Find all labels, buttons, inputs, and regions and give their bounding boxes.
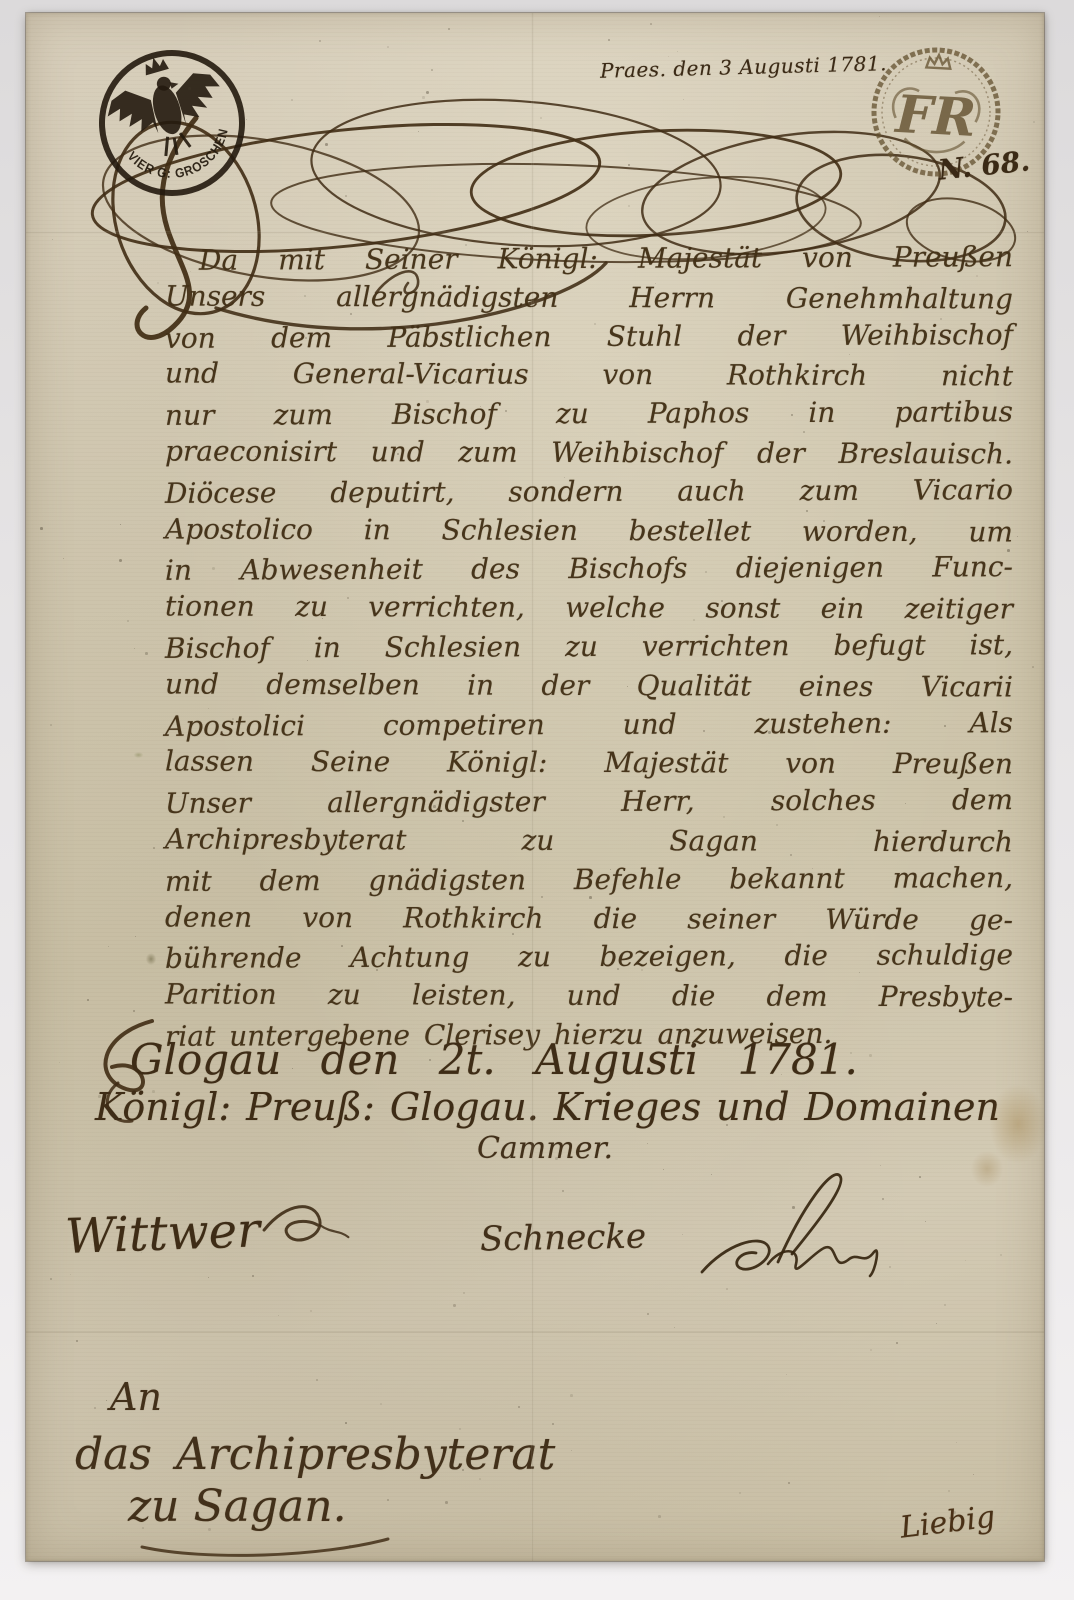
paper-speckle — [641, 969, 643, 971]
paper-speckle — [589, 896, 592, 899]
paper-speckle — [465, 244, 467, 246]
paper-speckle — [792, 1206, 795, 1209]
paper-speckle — [426, 91, 429, 94]
paper-speckle — [50, 724, 52, 726]
paper-speckle — [949, 1517, 951, 1519]
paper-speckle — [307, 660, 308, 661]
paper-speckle — [870, 1349, 872, 1351]
paper-speckle — [879, 526, 880, 527]
paper-speckle — [328, 378, 330, 380]
paper-speckle — [376, 969, 378, 971]
paper-speckle — [714, 531, 717, 534]
paper-speckle — [135, 936, 136, 937]
paper-speckle — [212, 567, 215, 570]
paper-speckle — [462, 820, 464, 822]
paper-speckle — [252, 1275, 254, 1277]
paper-speckle — [889, 1266, 891, 1268]
paper-speckle — [739, 1492, 741, 1494]
paper-speckle — [319, 40, 321, 42]
paper-speckle — [94, 1407, 96, 1409]
paper-speckle — [776, 824, 778, 826]
paper-speckle — [459, 1428, 461, 1430]
paper-speckle — [723, 816, 725, 818]
paper-speckle — [956, 1442, 957, 1443]
paper-speckle — [859, 972, 860, 973]
paper-speckle — [658, 1515, 661, 1518]
paper-speckle — [63, 558, 64, 559]
paper-speckle — [905, 803, 906, 804]
paper-speckle — [1004, 405, 1005, 406]
paper-speckle — [882, 1198, 884, 1200]
paper-speckle — [564, 477, 565, 478]
paper-speckle — [940, 318, 942, 320]
paper-speckle — [418, 131, 419, 132]
paper-speckle — [948, 1490, 950, 1492]
paper-speckle — [693, 619, 695, 621]
paper-speckle — [181, 1457, 182, 1458]
paper-speckle — [791, 414, 793, 416]
paper-speckle — [52, 239, 53, 240]
paper-speckle — [255, 456, 256, 457]
paper-speckle — [145, 652, 148, 655]
paper-speckle — [448, 28, 450, 30]
paper-speckle — [518, 1406, 520, 1408]
paper-speckle — [273, 1050, 276, 1053]
paper-speckle — [849, 354, 850, 355]
paper-speckle — [307, 689, 309, 691]
paper-speckle — [711, 1174, 712, 1175]
paper-speckle — [781, 1074, 782, 1075]
paper-speckle — [944, 1304, 946, 1306]
paper-speckle — [1017, 536, 1018, 537]
paper-speckle — [316, 1379, 318, 1381]
paper-speckle — [552, 1423, 554, 1425]
paper-speckle — [541, 896, 543, 898]
paper-speckle — [108, 946, 109, 947]
paper-speckle — [347, 597, 349, 599]
paper-speckle — [325, 143, 328, 146]
paper-speckle — [562, 1190, 564, 1192]
paper-speckle — [925, 1221, 926, 1222]
paper-speckle — [647, 1143, 648, 1144]
paper-speckle — [965, 1260, 966, 1261]
paper-speckle — [655, 283, 656, 284]
paper-speckle — [705, 571, 707, 573]
paper-speckle — [668, 56, 669, 57]
paper-speckle — [76, 1340, 78, 1342]
paper-speckle — [70, 1274, 71, 1275]
paper-speckle — [349, 1545, 351, 1547]
paper-speckle — [683, 99, 684, 100]
paper-speckle — [608, 39, 610, 41]
paper-speckle — [429, 1059, 431, 1061]
paper-speckle — [462, 1469, 464, 1471]
paper-speckle — [869, 1054, 872, 1057]
paper-speckle — [127, 620, 129, 622]
paper-texture-speckles — [26, 13, 1044, 1561]
paper-speckle — [463, 1292, 465, 1294]
paper-speckle — [397, 453, 399, 455]
paper-speckle — [790, 854, 792, 856]
paper-speckle — [703, 730, 705, 732]
paper-speckle — [40, 527, 43, 530]
paper-speckle — [663, 1169, 664, 1170]
paper-speckle — [944, 725, 946, 727]
paper-speckle — [936, 1323, 937, 1324]
paper-speckle — [522, 959, 524, 961]
paper-speckle — [993, 461, 994, 462]
paper-speckle — [721, 600, 723, 602]
paper-speckle — [188, 87, 191, 90]
paper-speckle — [682, 1234, 683, 1235]
paper-speckle — [647, 1313, 649, 1315]
paper-speckle — [540, 117, 542, 119]
paper-speckle — [788, 1482, 790, 1484]
paper-speckle — [133, 1010, 135, 1012]
paper-speckle — [141, 1252, 142, 1253]
paper-speckle — [1032, 666, 1034, 668]
paper-speckle — [431, 69, 433, 71]
paper-speckle — [572, 459, 573, 460]
paper-speckle — [555, 1157, 558, 1160]
paper-speckle — [142, 1527, 144, 1529]
paper-speckle — [739, 130, 740, 131]
paper-speckle — [674, 1327, 675, 1328]
paper-speckle — [505, 410, 507, 412]
paper-speckle — [1033, 121, 1035, 123]
paper-speckle — [259, 1095, 261, 1097]
paper-speckle — [310, 1310, 312, 1312]
paper-speckle — [570, 1394, 573, 1397]
paper-speckle — [190, 271, 191, 272]
paper-speckle — [120, 524, 121, 525]
paper-speckle — [198, 129, 199, 130]
paper-speckle — [976, 275, 978, 277]
paper-speckle — [322, 618, 323, 619]
paper-speckle — [1007, 549, 1010, 552]
paper-speckle — [617, 968, 619, 970]
paper-speckle — [768, 731, 771, 734]
document-page: VIER G: GROSCHEN Praes. den 3 Augusti 17… — [26, 13, 1044, 1561]
paper-speckle — [812, 868, 813, 869]
paper-speckle — [345, 195, 347, 197]
paper-speckle — [454, 792, 456, 794]
paper-speckle — [786, 1374, 787, 1375]
paper-speckle — [628, 205, 630, 207]
paper-speckle — [488, 420, 491, 423]
paper-speckle — [208, 1528, 211, 1531]
paper-speckle — [455, 381, 457, 383]
paper-speckle — [413, 1446, 415, 1448]
paper-speckle — [208, 1277, 209, 1278]
paper-speckle — [628, 164, 630, 166]
paper-speckle — [726, 1288, 728, 1290]
paper-speckle — [896, 1342, 898, 1344]
paper-speckle — [512, 933, 514, 935]
paper-speckle — [664, 574, 667, 577]
paper-speckle — [972, 953, 975, 956]
paper-speckle — [445, 1501, 448, 1504]
paper-speckle — [345, 1422, 347, 1424]
paper-speckle — [677, 51, 678, 52]
paper-speckle — [182, 988, 183, 989]
paper-speckle — [291, 99, 293, 101]
paper-speckle — [292, 1068, 293, 1069]
paper-speckle — [479, 1478, 481, 1480]
paper-speckle — [426, 400, 429, 403]
paper-speckle — [168, 678, 170, 680]
paper-speckle — [387, 46, 389, 48]
paper-speckle — [627, 686, 628, 687]
paper-speckle — [339, 651, 340, 652]
paper-speckle — [341, 945, 343, 947]
paper-speckle — [433, 805, 436, 808]
paper-speckle — [487, 166, 488, 167]
paper-speckle — [134, 648, 135, 649]
paper-speckle — [350, 313, 352, 315]
paper-speckle — [232, 718, 234, 720]
paper-speckle — [823, 520, 825, 522]
paper-speckle — [153, 847, 155, 849]
paper-speckle — [106, 1400, 107, 1401]
paper-speckle — [650, 23, 652, 25]
paper-speckle — [909, 285, 911, 287]
paper-speckle — [726, 1124, 728, 1126]
paper-speckle — [422, 96, 425, 99]
paper-speckle — [448, 374, 450, 376]
paper-speckle — [1027, 231, 1028, 232]
paper-speckle — [87, 999, 89, 1001]
paper-speckle — [803, 431, 805, 433]
paper-speckle — [919, 1176, 921, 1178]
paper-speckle — [208, 708, 209, 709]
paper-speckle — [387, 1499, 389, 1501]
paper-speckle — [1000, 1254, 1002, 1256]
paper-speckle — [439, 413, 440, 414]
paper-speckle — [480, 406, 481, 407]
paper-speckle — [879, 16, 880, 17]
paper-speckle — [305, 337, 307, 339]
paper-speckle — [594, 323, 596, 325]
paper-speckle — [802, 1002, 804, 1004]
paper-speckle — [880, 1165, 881, 1166]
paper-speckle — [59, 1062, 60, 1063]
paper-speckle — [50, 1278, 52, 1280]
paper-speckle — [119, 559, 122, 562]
paper-speckle — [157, 282, 159, 284]
paper-speckle — [806, 510, 808, 512]
paper-speckle — [453, 1304, 456, 1307]
paper-speckle — [610, 869, 611, 870]
paper-speckle — [98, 1095, 101, 1098]
paper-speckle — [492, 808, 494, 810]
photo-backdrop: VIER G: GROSCHEN Praes. den 3 Augusti 17… — [0, 0, 1074, 1600]
paper-speckle — [953, 1511, 956, 1514]
paper-speckle — [973, 1474, 974, 1475]
paper-speckle — [278, 1315, 279, 1316]
paper-speckle — [246, 119, 247, 120]
paper-speckle — [921, 409, 923, 411]
paper-speckle — [571, 1450, 572, 1451]
paper-speckle — [304, 295, 306, 297]
paper-speckle — [152, 1090, 155, 1093]
paper-speckle — [850, 1052, 852, 1054]
paper-speckle — [380, 1403, 382, 1405]
paper-speckle — [372, 567, 374, 569]
paper-speckle — [903, 532, 905, 534]
paper-speckle — [663, 653, 665, 655]
paper-speckle — [295, 1033, 298, 1036]
paper-speckle — [699, 644, 701, 646]
